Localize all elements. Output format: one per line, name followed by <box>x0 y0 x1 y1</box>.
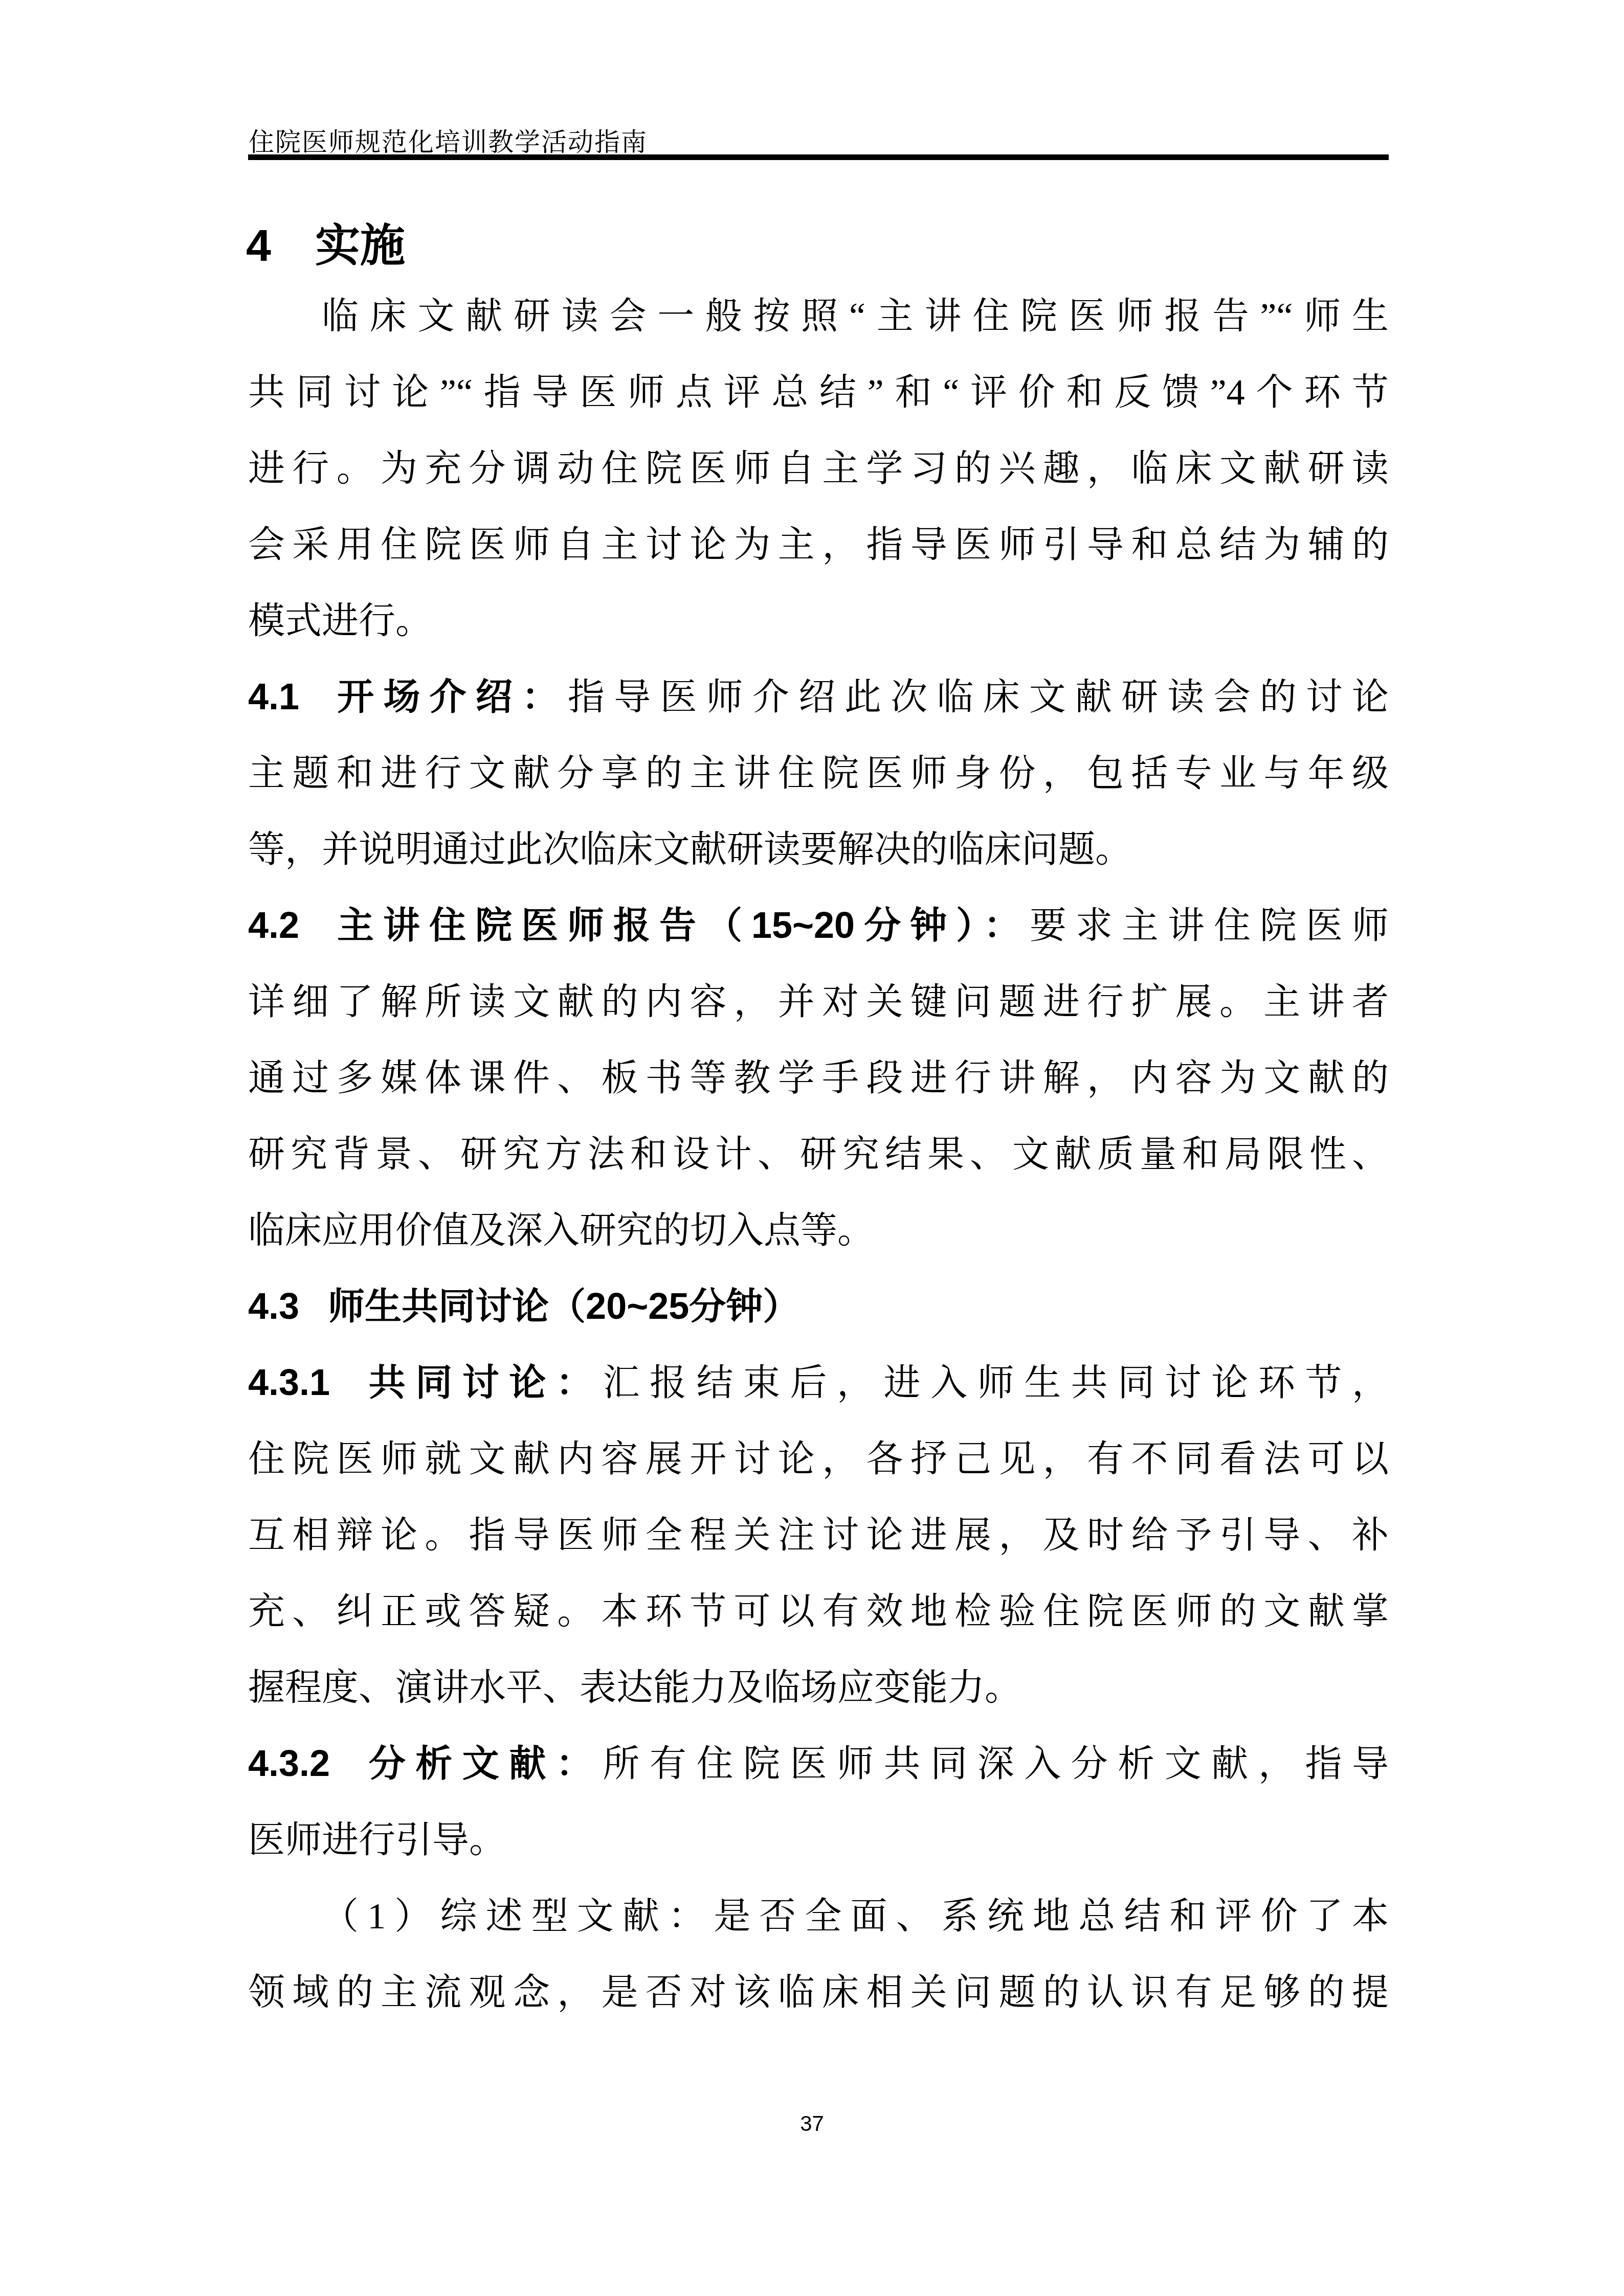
text-segment: （1）综述型文献：是否全面、系统地总结和评价了本 <box>322 1896 1389 1937</box>
text-line: 主题和进行文献分享的主讲住院医师身份，包括专业与年级 <box>248 735 1389 812</box>
text-segment: 详细了解所读文献的内容，并对关键问题进行扩展。主讲者 <box>248 981 1389 1022</box>
text-line: （1）综述型文献：是否全面、系统地总结和评价了本 <box>248 1878 1389 1954</box>
clause-number: 4.3.2 <box>248 1743 330 1784</box>
text-line: 会采用住院医师自主讨论为主，指导医师引导和总结为辅的 <box>248 507 1389 583</box>
text-line: 4.1开场介绍：指导医师介绍此次临床文献研读会的讨论 <box>248 659 1389 735</box>
text-segment: 师生共同讨论（20~25分钟） <box>328 1286 799 1327</box>
text-segment: 开场介绍： <box>328 677 568 717</box>
text-segment: 模式进行。 <box>248 600 432 641</box>
text-segment: 主题和进行文献分享的主讲住院医师身份，包括专业与年级 <box>248 753 1389 794</box>
text-line: 4.3.1共同讨论：汇报结束后，进入师生共同讨论环节， <box>248 1345 1389 1421</box>
text-segment: 主讲住院医师报告（15~20分钟）： <box>328 905 1030 946</box>
text-segment: 会采用住院医师自主讨论为主，指导医师引导和总结为辅的 <box>248 524 1389 565</box>
text-line: 共同讨论”“指导医师点评总结”和“评价和反馈”4个环节 <box>248 354 1389 431</box>
text-line: 医师进行引导。 <box>248 1802 1389 1878</box>
text-line: 详细了解所读文献的内容，并对关键问题进行扩展。主讲者 <box>248 964 1389 1040</box>
document-page: 住院医师规范化培训教学活动指南 4实施 临床文献研读会一般按照“主讲住院医师报告… <box>0 0 1624 2296</box>
text-segment: 领域的主流观念，是否对该临床相关问题的认识有足够的提 <box>248 1972 1389 2013</box>
text-line: 住院医师就文献内容展开讨论，各抒己见，有不同看法可以 <box>248 1421 1389 1497</box>
text-segment: 住院医师就文献内容展开讨论，各抒己见，有不同看法可以 <box>248 1438 1389 1479</box>
text-segment: 共同讨论”“指导医师点评总结”和“评价和反馈”4个环节 <box>248 372 1389 413</box>
text-line: 等，并说明通过此次临床文献研读要解决的临床问题。 <box>248 812 1389 888</box>
text-line: 研究背景、研究方法和设计、研究结果、文献质量和局限性、 <box>248 1116 1389 1192</box>
section-number: 4 <box>246 220 271 271</box>
section-heading: 4实施 <box>246 223 405 268</box>
text-line: 握程度、演讲水平、表达能力及临场应变能力。 <box>248 1650 1389 1726</box>
text-line: 4.2主讲住院医师报告（15~20分钟）：要求主讲住院医师 <box>248 888 1389 964</box>
page-number: 37 <box>800 2111 824 2135</box>
text-segment: 互相辩论。指导医师全程关注讨论进展，及时给予引导、补 <box>248 1515 1389 1556</box>
running-header-title: 住院医师规范化培训教学活动指南 <box>249 122 648 159</box>
page-footer: 37 <box>0 2113 1624 2134</box>
clause-number: 4.3 <box>248 1286 299 1327</box>
clause-number: 4.1 <box>248 677 299 717</box>
text-segment: 握程度、演讲水平、表达能力及临场应变能力。 <box>248 1667 1021 1708</box>
text-line: 通过多媒体课件、板书等教学手段进行讲解，内容为文献的 <box>248 1040 1389 1116</box>
text-line: 4.3.2分析文献：所有住院医师共同深入分析文献，指导 <box>248 1726 1389 1802</box>
text-segment: 通过多媒体课件、板书等教学手段进行讲解，内容为文献的 <box>248 1057 1389 1098</box>
text-line: 临床文献研读会一般按照“主讲住院医师报告”“师生 <box>248 278 1389 354</box>
text-segment: 所有住院医师共同深入分析文献，指导 <box>603 1743 1389 1784</box>
text-segment: 充、纠正或答疑。本环节可以有效地检验住院医师的文献掌 <box>248 1591 1389 1632</box>
clause-number: 4.3.1 <box>248 1362 330 1403</box>
section-title: 实施 <box>315 220 405 271</box>
text-segment: 要求主讲住院医师 <box>1030 905 1389 946</box>
text-segment: 医师进行引导。 <box>248 1819 506 1860</box>
text-line: 临床应用价值及深入研究的切入点等。 <box>248 1192 1389 1269</box>
text-line: 进行。为充分调动住院医师自主学习的兴趣，临床文献研读 <box>248 431 1389 507</box>
text-segment: 临床文献研读会一般按照“主讲住院医师报告”“师生 <box>322 296 1389 336</box>
text-segment: 研究背景、研究方法和设计、研究结果、文献质量和局限性、 <box>248 1134 1389 1175</box>
text-line: 互相辩论。指导医师全程关注讨论进展，及时给予引导、补 <box>248 1497 1389 1573</box>
text-segment: 等，并说明通过此次临床文献研读要解决的临床问题。 <box>248 829 1132 870</box>
text-segment: 进行。为充分调动住院医师自主学习的兴趣，临床文献研读 <box>248 448 1389 489</box>
text-segment: 共同讨论： <box>359 1362 603 1403</box>
text-line: 4.3师生共同讨论（20~25分钟） <box>248 1269 1389 1345</box>
text-line: 充、纠正或答疑。本环节可以有效地检验住院医师的文献掌 <box>248 1573 1389 1650</box>
text-line: 模式进行。 <box>248 583 1389 659</box>
text-segment: 指导医师介绍此次临床文献研读会的讨论 <box>568 677 1389 717</box>
text-line: 领域的主流观念，是否对该临床相关问题的认识有足够的提 <box>248 1954 1389 2031</box>
document-body: 临床文献研读会一般按照“主讲住院医师报告”“师生共同讨论”“指导医师点评总结”和… <box>248 278 1389 2031</box>
text-segment: 临床应用价值及深入研究的切入点等。 <box>248 1210 874 1251</box>
header-rule <box>248 154 1389 160</box>
clause-number: 4.2 <box>248 905 299 946</box>
text-segment: 分析文献： <box>359 1743 603 1784</box>
text-segment: 汇报结束后，进入师生共同讨论环节， <box>603 1362 1389 1403</box>
